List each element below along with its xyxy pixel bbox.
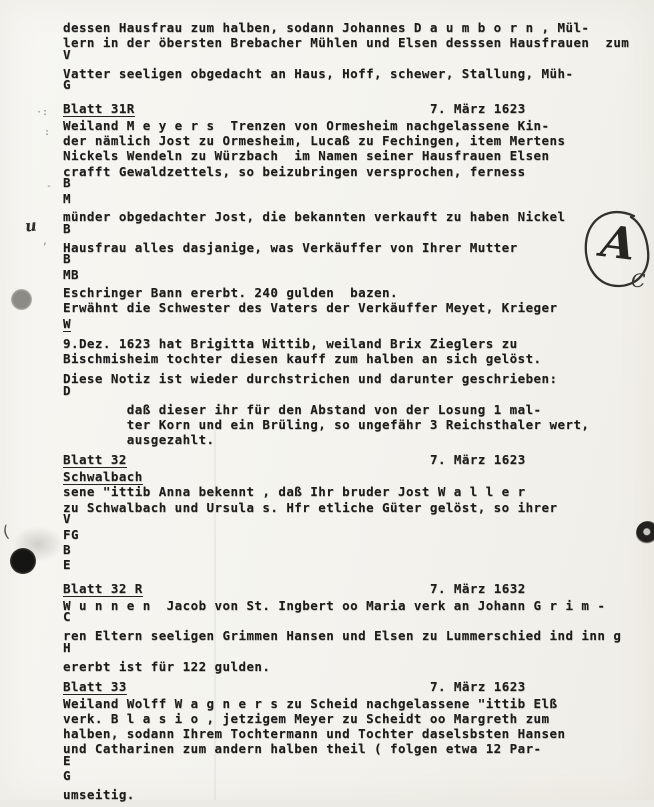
text-segment: daß dieser ihr für den Abstand von der L… <box>63 402 542 417</box>
handwritten-letter-a: A <box>598 216 638 271</box>
entry-block: Blatt 32 R7. März 1632W u n n e n Jacob … <box>63 581 641 674</box>
text-line: daß dieser ihr für den Abstand von der L… <box>63 402 641 417</box>
text-segment: ausgezahlt. <box>63 432 215 447</box>
paragraph-block: 9.Dez. 1623 hat Brigitta Wittib, weiland… <box>63 336 641 366</box>
text-line: V <box>63 515 641 530</box>
handwritten-letter-c: C <box>631 270 646 292</box>
text-segment: 9.Dez. 1623 hat Brigitta Wittib, weiland… <box>63 336 518 351</box>
punch-hole-black <box>10 548 36 574</box>
raised-char: G <box>71 527 79 542</box>
text-line: sene "ittib Anna bekennt , daß Ihr brude… <box>63 484 641 499</box>
text-line: W u n n e n Jacob von St. Ingbert oo Mar… <box>63 598 641 613</box>
entry-header-row: Blatt 31R7. März 1623 <box>63 101 641 117</box>
text-line: ren Eltern seeligen Grimmen Hansen und E… <box>63 628 641 643</box>
raised-char: M <box>63 267 71 282</box>
entry-date: 7. März 1623 <box>430 679 526 694</box>
text-segment: Diese Notiz ist wieder durchstrichen und… <box>63 371 558 386</box>
text-segment: ren Eltern seeligen Grimmen Hansen und E… <box>63 628 621 643</box>
text-line: G <box>63 772 641 787</box>
scan-speck: : <box>44 128 50 138</box>
text-line: E <box>63 561 641 576</box>
entry-header-row: Blatt 337. März 1623 <box>63 679 641 695</box>
text-line: M <box>63 194 641 209</box>
text-segment: verk. B l a s i o , jetzigem Meyer zu Sc… <box>63 711 550 726</box>
scan-speck: , <box>42 237 48 247</box>
raised-char: H <box>63 640 71 655</box>
underlined-text: Schwalbach <box>63 469 143 485</box>
text-segment: Weiland Wolff W a g n e r s zu Scheid na… <box>63 696 558 711</box>
entry-block: Blatt 337. März 1623Weiland Wolff W a g … <box>63 679 641 800</box>
raised-char: B <box>71 267 79 282</box>
entry-block: Blatt 31R7. März 1623Weiland M e y e r s… <box>63 101 641 331</box>
text-line: B <box>63 545 641 560</box>
raised-char: D <box>63 383 71 398</box>
text-segment: der nämlich Jost zu Ormesheim, Lucaß zu … <box>63 133 565 148</box>
text-segment: sene "ittib Anna bekennt , daß Ihr brude… <box>63 484 526 499</box>
punch-hole-gray <box>11 289 32 310</box>
text-line: Hausfrau alles dasjanige, was Verkäuffer… <box>63 240 641 255</box>
text-line: B <box>63 224 641 239</box>
text-line: und Catharinen zum andern halben theil (… <box>63 741 641 756</box>
text-segment: Eschringer Bann ererbt. 240 gulden bazen… <box>63 285 398 300</box>
text-segment: Weiland M e y e r s Trenzen von Ormeshei… <box>63 118 550 133</box>
text-line: verk. B l a s i o , jetzigem Meyer zu Sc… <box>63 711 641 726</box>
text-line: crafft Gewaldzettels, so beizubringen ve… <box>63 164 641 179</box>
text-line: ausgezahlt. <box>63 432 641 447</box>
text-line: V <box>63 50 641 65</box>
page-crease <box>214 428 216 800</box>
entry-heading: Blatt 33 <box>63 680 127 695</box>
text-line: zu Schwalbach und Ursula s. Hfr etliche … <box>63 500 641 515</box>
entry-date: 7. März 1632 <box>430 581 526 596</box>
text-line: D <box>63 386 641 401</box>
scan-speck: - <box>46 182 52 192</box>
entry-heading: Blatt 31R <box>63 102 135 117</box>
scan-speck: ·: <box>36 108 48 118</box>
entry-date: 7. März 1623 <box>430 452 526 467</box>
raised-char: G <box>63 77 71 92</box>
raised-char: E <box>63 557 71 572</box>
raised-char: F <box>63 527 71 542</box>
text-line: MB <box>63 270 641 285</box>
text-segment: crafft Gewaldzettels, so beizubringen ve… <box>63 164 526 179</box>
raised-char: B <box>63 542 71 557</box>
text-line: Schwalbach <box>63 469 641 484</box>
handwritten-paren-mark: ( <box>0 521 12 541</box>
entry-heading: Blatt 32 R <box>63 582 143 597</box>
text-line: Weiland M e y e r s Trenzen von Ormeshei… <box>63 118 641 133</box>
text-line: ererbt ist für 122 gulden. <box>63 659 641 674</box>
document-text: dessen Hausfrau zum halben, sodann Johan… <box>63 20 641 800</box>
text-segment: lern in der öbersten Brebacher Mühlen un… <box>63 35 629 50</box>
text-segment: Bischmisheim tochter diesen kauff zum ha… <box>63 351 542 366</box>
text-line: Vatter seeligen obgedacht an Haus, Hoff,… <box>63 66 641 81</box>
text-line: Weiland Wolff W a g n e r s zu Scheid na… <box>63 696 641 711</box>
text-line: B <box>63 255 641 270</box>
text-segment: Nickels Wendeln zu Würzbach im Namen sei… <box>63 148 550 163</box>
paragraph-block: Diese Notiz ist wieder durchstrichen und… <box>63 371 641 447</box>
right-edge-ink-blob <box>636 521 654 545</box>
entry-header-row: Blatt 327. März 1623 <box>63 452 641 468</box>
raised-char: V <box>63 47 71 62</box>
text-line: Eschringer Bann ererbt. 240 gulden bazen… <box>63 285 641 300</box>
text-segment: und Catharinen zum andern halben theil (… <box>63 741 542 756</box>
text-line: G <box>63 81 641 96</box>
text-line: E <box>63 757 641 772</box>
entry-heading: Blatt 32 <box>63 453 127 468</box>
raised-char: M <box>63 191 71 206</box>
text-line: umseitig. <box>63 787 641 800</box>
text-segment: zu Schwalbach und Ursula s. Hfr etliche … <box>63 500 558 515</box>
raised-char: B <box>63 221 71 236</box>
raised-char: B <box>63 175 71 190</box>
text-line: Diese Notiz ist wieder durchstrichen und… <box>63 371 641 386</box>
text-line: FG <box>63 530 641 545</box>
raised-char: B <box>63 251 71 266</box>
text-line: Nickels Wendeln zu Würzbach im Namen sei… <box>63 148 641 163</box>
text-segment: dessen Hausfrau zum halben, sodann Johan… <box>63 20 589 35</box>
text-line: C <box>63 613 641 628</box>
scanned-document-page: dessen Hausfrau zum halben, sodann Johan… <box>0 0 654 800</box>
underlined-text: W <box>63 316 71 332</box>
text-segment: ererbt ist für 122 gulden. <box>63 659 270 674</box>
text-segment: Hausfrau alles dasjanige, was Verkäuffer… <box>63 240 518 255</box>
text-line: dessen Hausfrau zum halben, sodann Johan… <box>63 20 641 35</box>
raised-char: V <box>63 511 71 526</box>
text-segment: Erwähnt die Schwester des Vaters der Ver… <box>63 300 558 315</box>
handwritten-margin-mark: u <box>24 215 38 235</box>
text-line: 9.Dez. 1623 hat Brigitta Wittib, weiland… <box>63 336 641 351</box>
text-line: W <box>63 316 641 331</box>
paragraph-block: dessen Hausfrau zum halben, sodann Johan… <box>63 20 641 96</box>
entry-block: Blatt 327. März 1623Schwalbachsene "itti… <box>63 452 641 575</box>
entry-header-row: Blatt 32 R7. März 1632 <box>63 581 641 597</box>
text-line: der nämlich Jost zu Ormesheim, Lucaß zu … <box>63 133 641 148</box>
text-segment: Vatter seeligen obgedacht an Haus, Hoff,… <box>63 66 573 81</box>
raised-char: G <box>63 768 71 783</box>
text-line: münder obgedachter Jost, die bekannten v… <box>63 209 641 224</box>
entry-date: 7. März 1623 <box>430 101 526 116</box>
text-line: Erwähnt die Schwester des Vaters der Ver… <box>63 300 641 315</box>
raised-char: C <box>63 609 71 624</box>
text-segment: umseitig. <box>63 787 135 800</box>
text-segment: W u n n e n Jacob von St. Ingbert oo Mar… <box>63 598 605 613</box>
text-segment: ter Korn und ein Brüling, so ungefähr 3 … <box>63 417 589 432</box>
text-segment: münder obgedachter Jost, die bekannten v… <box>63 209 565 224</box>
text-line: ter Korn und ein Brüling, so ungefähr 3 … <box>63 417 641 432</box>
text-line: B <box>63 179 641 194</box>
text-line: Bischmisheim tochter diesen kauff zum ha… <box>63 351 641 366</box>
text-line: H <box>63 643 641 658</box>
raised-char: E <box>63 753 71 768</box>
text-segment: halben, sodann Ihrem Tochtermann und Toc… <box>63 726 565 741</box>
text-line: lern in der öbersten Brebacher Mühlen un… <box>63 35 641 50</box>
text-line: halben, sodann Ihrem Tochtermann und Toc… <box>63 726 641 741</box>
